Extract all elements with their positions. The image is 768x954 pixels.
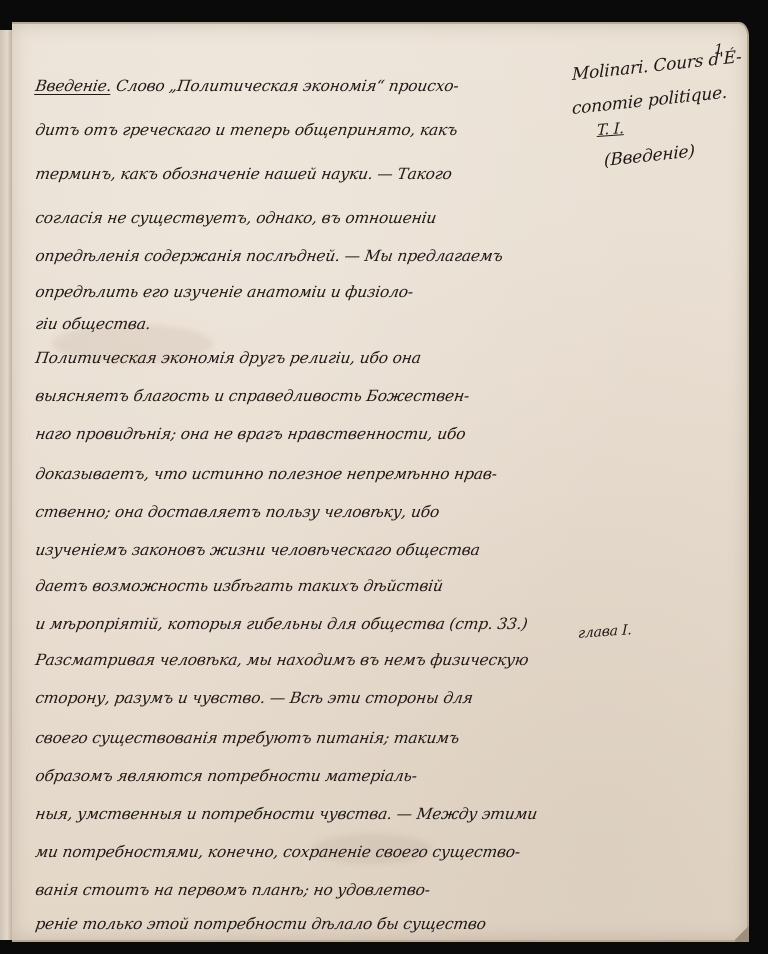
body-line-2: дитъ отъ греческаго и теперь общепринято… — [34, 120, 459, 140]
margin-chapter-ref: глава I. — [578, 622, 632, 642]
body-line-3: терминъ, какъ обозначеніе нашей науки. —… — [34, 164, 453, 184]
body-line-22: ванія стоитъ на первомъ планѣ; но удовле… — [34, 880, 431, 900]
body-line-9: выясняетъ благость и справедливость Боже… — [34, 386, 471, 406]
body-line-19: образомъ являются потребности матеріаль- — [34, 766, 418, 786]
body-line-7: гіи общества. — [34, 314, 152, 334]
body-line-5: опредѣленія содержанія послѣдней. — Мы п… — [34, 246, 504, 266]
section-heading: Введеніе. — [34, 77, 113, 95]
body-line-23: реніе только этой потребности дѣлало бы … — [34, 914, 487, 934]
body-line-text: Слово „Политическая экономія“ происхо- — [115, 77, 460, 95]
body-line-20: ныя, умственныя и потребности чувства. —… — [34, 804, 538, 824]
margin-source-ref-line1: Molinari. Cours d'É- — [572, 46, 742, 86]
margin-volume: T. I. — [597, 119, 625, 139]
margin-source-ref-line2: conomie politique. — [572, 82, 727, 120]
body-line-6: опредѣлить его изученіе анатоміи и физіо… — [34, 282, 414, 302]
body-line-8: Политическая экономія другъ религіи, ибо… — [34, 348, 422, 368]
body-line-10: наго провидѣнія; она не врагъ нравственн… — [34, 424, 467, 444]
margin-section: (Введеніе) — [604, 140, 695, 172]
body-line-16: Разсматривая человѣка, мы находимъ въ не… — [34, 650, 530, 670]
body-line-21: ми потребностями, конечно, сохраненіе св… — [34, 842, 521, 862]
body-line-4: согласія не существуетъ, однако, въ отно… — [34, 208, 438, 228]
manuscript-scan: 1 Molinari. Cours d'É- conomie politique… — [0, 0, 768, 954]
body-line-13: изученіемъ законовъ жизни человѣческаго … — [34, 540, 481, 560]
page-corner-fold — [735, 924, 749, 942]
body-line-18: своего существованія требуютъ питанія; т… — [34, 728, 461, 748]
body-line-14: даетъ возможность избѣгать такихъ дѣйств… — [34, 576, 444, 596]
body-line-11: доказываетъ, что истинно полезное непрем… — [34, 464, 498, 484]
body-line-15: и мѣропріятій, которыя гибельны для обще… — [34, 614, 529, 634]
body-line-12: ственно; она доставляетъ пользу человѣку… — [34, 502, 441, 522]
manuscript-page: 1 Molinari. Cours d'É- conomie politique… — [12, 22, 749, 942]
body-line-1: Введеніе. Слово „Политическая экономія“ … — [34, 76, 460, 96]
body-line-17: сторону, разумъ и чувство. — Всѣ эти сто… — [34, 688, 474, 708]
